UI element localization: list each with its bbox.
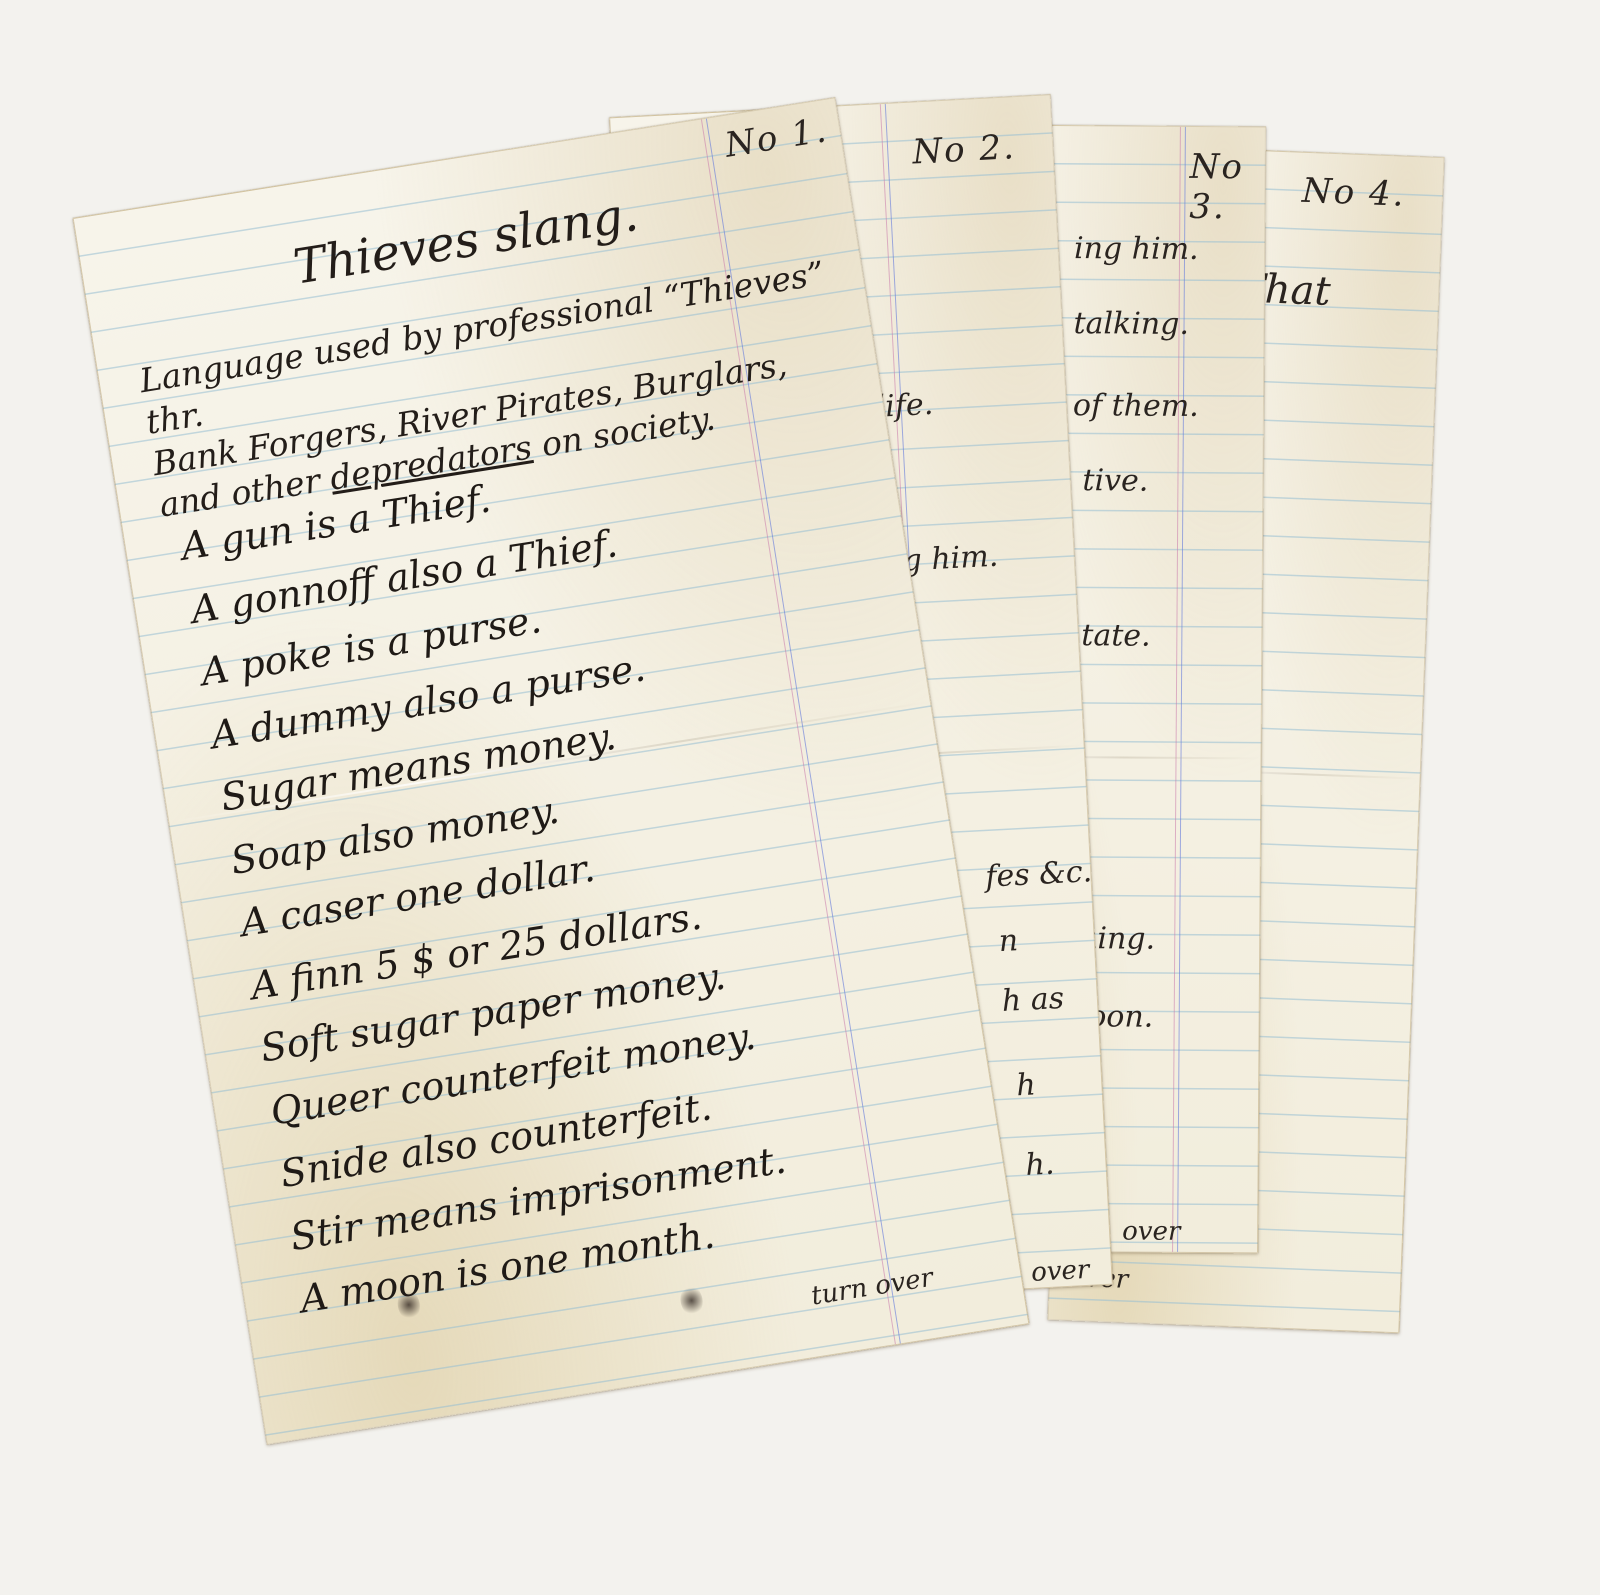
text-fragment: ing him.: [1074, 231, 1199, 267]
turn-over-note: turn over: [809, 1263, 935, 1312]
text-fragment: h: [1015, 1067, 1036, 1103]
text-fragment: n: [998, 923, 1019, 959]
sheet-number: No 3.: [1189, 147, 1265, 228]
slang-entries-list: A gun is a Thief. A gonnoff also a Thief…: [177, 415, 948, 1332]
turn-over-note: over: [1122, 1216, 1180, 1246]
text-fragment: talking.: [1073, 306, 1189, 342]
document-photo: No 4. That &c. when a in. teh. teh. tch.…: [0, 0, 1600, 1595]
text-fragment: tate.: [1081, 618, 1151, 653]
text-fragment: fes &c.: [984, 854, 1093, 895]
sheet-number: No 4.: [1301, 171, 1406, 215]
margin-line: [1172, 127, 1186, 1252]
document-title: Thieves slang.: [290, 186, 642, 296]
sheet-number: No 1.: [722, 110, 830, 166]
text-fragment: of them.: [1073, 388, 1199, 424]
text-fragment: h as: [1001, 981, 1065, 1019]
turn-over-note: over: [1030, 1255, 1090, 1288]
text-fragment: h.: [1025, 1147, 1056, 1183]
text-fragment: tive.: [1082, 463, 1148, 498]
sheet-number: No 2.: [911, 127, 1016, 172]
ink-stain: [678, 1284, 704, 1317]
